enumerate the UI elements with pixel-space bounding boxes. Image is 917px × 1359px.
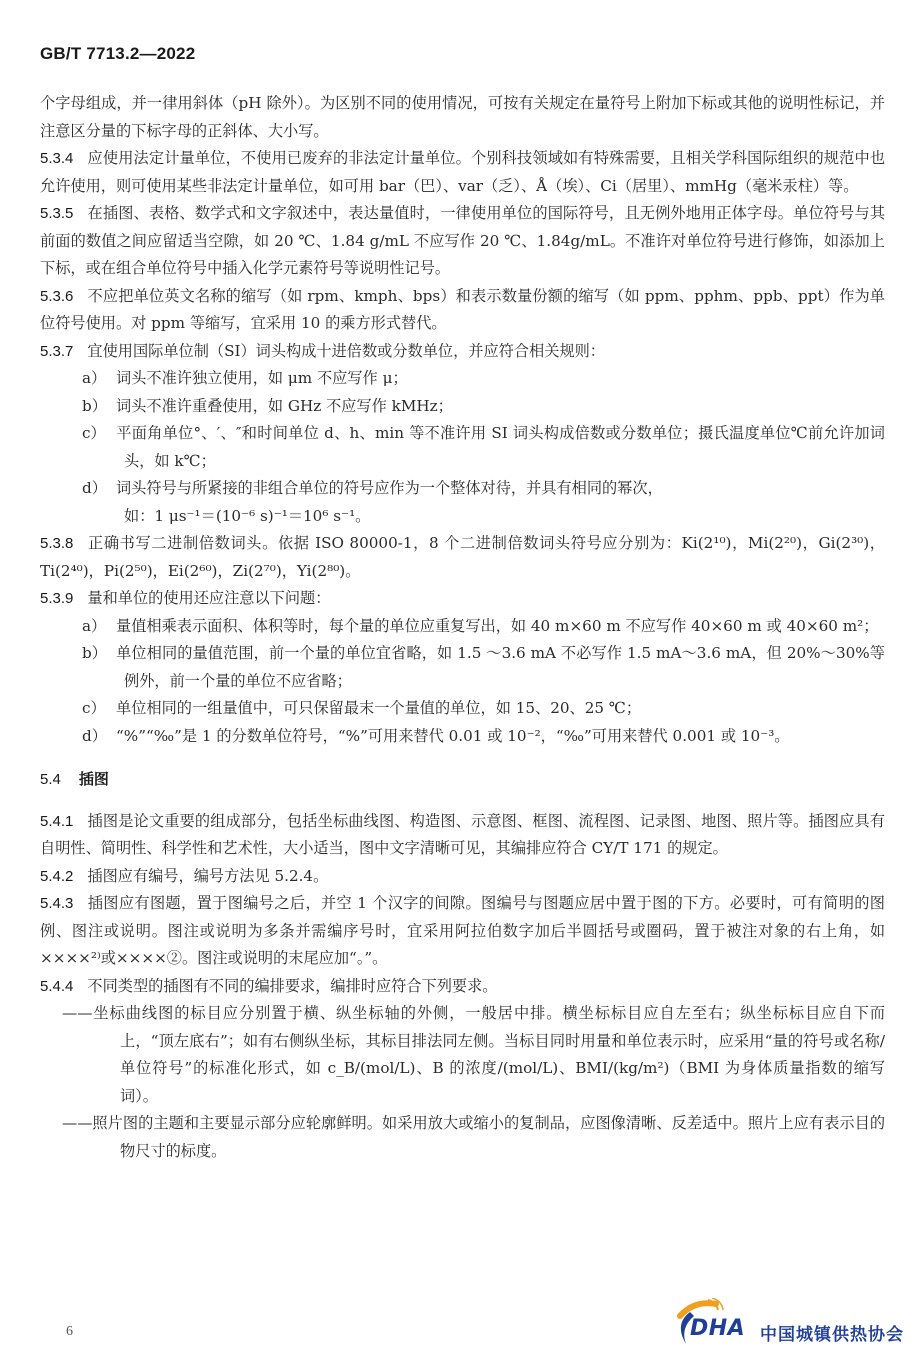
list-text: 量值相乘表示面积、体积等时，每个量的单位应重复写出，如 40 m×60 m 不应…: [116, 617, 878, 635]
list-label: a）: [82, 365, 116, 393]
formula-example: 如：1 μs⁻¹＝(10⁻⁶ s)⁻¹＝10⁶ s⁻¹。: [124, 507, 370, 525]
clause-5-3-5: 5.3.5在插图、表格、数学式和文字叙述中，表达量值时，一律使用单位的国际符号，…: [40, 200, 885, 283]
list-item: a）词头不准许独立使用，如 μm 不应写作 μ；: [82, 365, 885, 393]
clause-5-4-1: 5.4.1插图是论文重要的组成部分，包括坐标曲线图、构造图、示意图、框图、流程图…: [40, 808, 885, 863]
clause-text: 不应把单位英文名称的缩写（如 rpm、kmph、bps）和表示数量份额的缩写（如…: [40, 287, 885, 333]
dash-item: ——坐标曲线图的标目应分别置于横、纵坐标轴的外侧，一般居中排。横坐标标目应自左至…: [40, 1000, 885, 1110]
list-item: a）量值相乘表示面积、体积等时，每个量的单位应重复写出，如 40 m×60 m …: [82, 613, 885, 641]
clause-5-4-4: 5.4.4不同类型的插图有不同的编排要求，编排时应符合下列要求。: [40, 973, 885, 1001]
document-body: 个字母组成，并一律用斜体（pH 除外）。为区别不同的使用情况，可按有关规定在量符…: [40, 90, 885, 1165]
clause-number: 5.4.3: [40, 895, 73, 912]
clause-text: 量和单位的使用还应注意以下问题：: [87, 589, 330, 607]
list-item: b）单位相同的量值范围，前一个量的单位宜省略，如 1.5 ～3.6 mA 不必写…: [82, 640, 885, 695]
clause-5-4-2: 5.4.2插图应有编号，编号方法见 5.2.4。: [40, 863, 885, 891]
list-text: 词头不准许独立使用，如 μm 不应写作 μ；: [116, 369, 408, 387]
list-label: c）: [82, 695, 116, 723]
standard-code-header: GB/T 7713.2—2022: [40, 44, 195, 64]
list-label: d）: [82, 475, 116, 503]
list-text: 平面角单位°、′、″和时间单位 d、h、min 等不准许用 SI 词头构成倍数或…: [116, 424, 885, 470]
section-title: 插图: [79, 770, 109, 788]
clause-number: 5.3.9: [40, 590, 73, 607]
list-item: c）平面角单位°、′、″和时间单位 d、h、min 等不准许用 SI 词头构成倍…: [82, 420, 885, 475]
clause-number: 5.4.4: [40, 978, 73, 995]
list-text: 词头不准许重叠使用，如 GHz 不应写作 kMHz；: [116, 397, 453, 415]
clause-5-3-6: 5.3.6不应把单位英文名称的缩写（如 rpm、kmph、bps）和表示数量份额…: [40, 283, 885, 338]
clause-number: 5.3.7: [40, 343, 73, 360]
list-item: d）“%”“‰”是 1 的分数单位符号，“%”可用来替代 0.01 或 10⁻²…: [82, 723, 885, 751]
list-text: “%”“‰”是 1 的分数单位符号，“%”可用来替代 0.01 或 10⁻²，“…: [116, 727, 790, 745]
clause-number: 5.3.8: [40, 535, 73, 552]
section-heading-5-4: 5.4插图: [40, 766, 885, 794]
list-text: 单位相同的量值范围，前一个量的单位宜省略，如 1.5 ～3.6 mA 不必写作 …: [116, 644, 885, 690]
list-text: 词头符号与所紧接的非组合单位的符号应作为一个整体对待，并具有相同的幂次，: [116, 479, 663, 497]
clause-text: 在插图、表格、数学式和文字叙述中，表达量值时，一律使用单位的国际符号，且无例外地…: [40, 204, 885, 277]
list-label: b）: [82, 640, 116, 668]
clause-text: 宜使用国际单位制（SI）词头构成十进倍数或分数单位，并应符合相关规则：: [87, 342, 605, 360]
clause-5-3-8: 5.3.8正确书写二进制倍数词头。依据 ISO 80000-1，8 个二进制倍数…: [40, 530, 885, 585]
list-text: 单位相同的一组量值中，可只保留最末一个量值的单位，如 15、20、25 ℃；: [116, 699, 641, 717]
clause-number: 5.3.4: [40, 150, 73, 167]
list-item: b）词头不准许重叠使用，如 GHz 不应写作 kMHz；: [82, 393, 885, 421]
list-label: a）: [82, 613, 116, 641]
logo-name: 中国城镇供热协会: [760, 1320, 904, 1345]
clause-5-4-3: 5.4.3插图应有图题，置于图编号之后，并空 1 个汉字的间隙。图编号与图题应居…: [40, 890, 885, 973]
clause-text: 插图应有图题，置于图编号之后，并空 1 个汉字的间隙。图编号与图题应居中置于图的…: [40, 894, 885, 967]
page-number: 6: [66, 1324, 73, 1340]
clause-text: 不同类型的插图有不同的编排要求，编排时应符合下列要求。: [87, 977, 497, 995]
clause-5-3-9: 5.3.9量和单位的使用还应注意以下问题：: [40, 585, 885, 613]
cdha-logo: DHA 中国城镇供热协会: [672, 1298, 912, 1348]
clause-text: 正确书写二进制倍数词头。依据 ISO 80000-1，8 个二进制倍数词头符号应…: [40, 534, 885, 580]
clause-5-3-7: 5.3.7宜使用国际单位制（SI）词头构成十进倍数或分数单位，并应符合相关规则：: [40, 338, 885, 366]
clause-text: 应使用法定计量单位，不使用已废弃的非法定计量单位。个别科技领域如有特殊需要，且相…: [40, 149, 885, 195]
clause-5-3-4: 5.3.4应使用法定计量单位，不使用已废弃的非法定计量单位。个别科技领域如有特殊…: [40, 145, 885, 200]
section-number: 5.4: [40, 771, 61, 788]
list-label: c）: [82, 420, 116, 448]
clause-number: 5.4.1: [40, 813, 73, 830]
clause-number: 5.3.6: [40, 288, 73, 305]
list-label: b）: [82, 393, 116, 421]
dash-item: ——照片图的主题和主要显示部分应轮廓鲜明。如采用放大或缩小的复制品，应图像清晰、…: [40, 1110, 885, 1165]
list-item: d）词头符号与所紧接的非组合单位的符号应作为一个整体对待，并具有相同的幂次，如：…: [82, 475, 885, 530]
paragraph-continuation: 个字母组成，并一律用斜体（pH 除外）。为区别不同的使用情况，可按有关规定在量符…: [40, 90, 885, 145]
clause-number: 5.4.2: [40, 868, 73, 885]
clause-text: 插图应有编号，编号方法见 5.2.4。: [87, 867, 328, 885]
clause-number: 5.3.5: [40, 205, 73, 222]
list-item: c）单位相同的一组量值中，可只保留最末一个量值的单位，如 15、20、25 ℃；: [82, 695, 885, 723]
list-label: d）: [82, 723, 116, 751]
clause-text: 插图是论文重要的组成部分，包括坐标曲线图、构造图、示意图、框图、流程图、记录图、…: [40, 812, 885, 858]
logo-abbr: DHA: [690, 1316, 745, 1341]
